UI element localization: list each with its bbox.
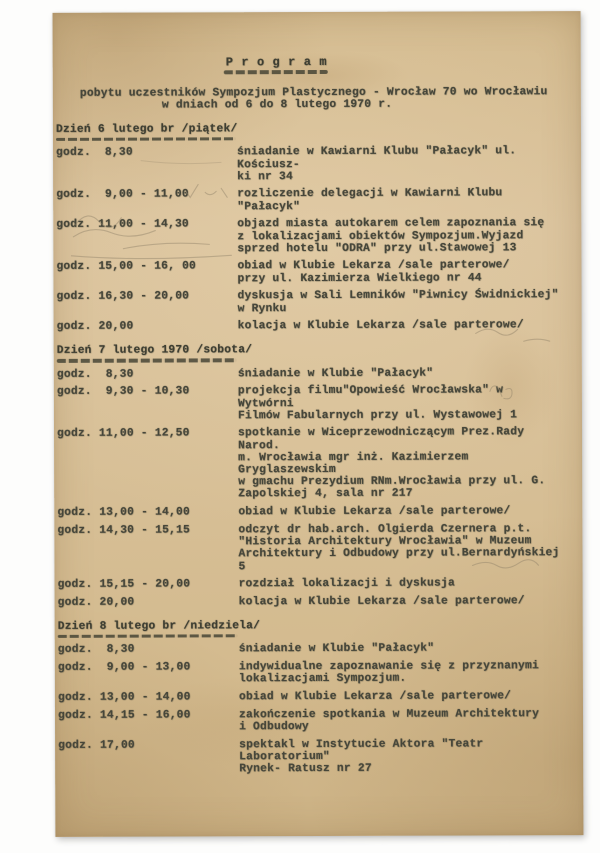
row-time: godz. 8,30 — [57, 368, 238, 381]
row-description: śniadanie w Klubie "Pałacyk" — [239, 642, 566, 655]
row-description: spotkanie w Wiceprzewodniczącym Prez.Rad… — [238, 427, 565, 501]
schedule-row: godz. 9,00 - 11,00 rozliczenie delegacji… — [56, 188, 564, 214]
schedule-row: godz. 14,15 - 16,00 zakończenie spotkani… — [58, 708, 566, 734]
schedule-row: godz. 8,30 śniadanie w Kawiarni Klubu "P… — [56, 145, 564, 183]
schedule-row: godz. 16,30 - 20,00 dyskusja w Sali Lemn… — [57, 289, 565, 315]
row-time: godz. 8,30 — [58, 644, 239, 657]
row-description: kolacja w Klubie Lekarza /sale parterowe… — [239, 595, 566, 608]
row-description: kolacja w Klubie Lekarza /sale parterowe… — [238, 319, 565, 332]
page-title: P r o g r a m — [226, 55, 564, 68]
schedule-row: godz. 13,00 - 14,00 obiad w Klubie Lekar… — [57, 505, 565, 519]
subtitle-line-1: pobytu uczestników Sympozjum Plastyczneg… — [80, 86, 564, 100]
row-description: obiad w Klubie Lekarza /sale parterowe/ — [238, 505, 565, 518]
section-heading: Dzień 6 lutego br /piątek/ — [56, 122, 564, 136]
section-heading: Dzień 7 lutego 1970 /sobota/ — [57, 344, 565, 358]
row-description: zakończenie spotkania w Muzeum Architekt… — [239, 708, 566, 734]
row-time: godz. 17,00 — [58, 739, 239, 776]
row-description: dyskusja w Sali Lemników "Piwnicy Świdni… — [238, 289, 565, 315]
document-page: P r o g r a m pobytu uczestników Sympozj… — [53, 11, 584, 837]
row-description: spektakl w Instytucie Aktora "Teatr Labo… — [239, 738, 566, 776]
row-time: godz. 8,30 — [56, 147, 237, 184]
row-description: indywidualne zapoznawanie się z przyznan… — [239, 660, 566, 686]
row-description: śniadanie w Klubie "Pałacyk" — [238, 367, 565, 380]
row-description: odczyt dr hab.arch. Olgierda Czernera p.… — [238, 523, 565, 573]
row-time: godz. 9,00 - 13,00 — [58, 661, 239, 686]
subtitle-line-2: w dniach od 6 do 8 lutego 1970 r. — [162, 98, 564, 112]
row-time: godz. 13,00 - 14,00 — [58, 691, 239, 704]
schedule-row: godz. 9,30 - 10,30 projekcja filmu"Opowi… — [57, 384, 565, 422]
row-time: godz. 9,30 - 10,30 — [57, 386, 238, 423]
schedule-row: godz. 15,00 - 16, 00 obiad w Klubie Leka… — [56, 260, 564, 286]
schedule-row: godz. 20,00 kolacja w Klubie Lekarza /sa… — [58, 595, 566, 609]
row-time: godz. 14,30 - 15,15 — [57, 524, 238, 573]
row-time: godz. 15,00 - 16, 00 — [56, 261, 237, 286]
heading-underline — [56, 137, 236, 141]
title-underline — [224, 70, 328, 74]
schedule-row: godz. 17,00 spektakl w Instytucie Aktora… — [58, 738, 566, 776]
typewritten-content: P r o g r a m pobytu uczestników Sympozj… — [56, 55, 567, 781]
heading-underline — [58, 634, 238, 638]
row-time: godz. 15,15 - 20,00 — [58, 578, 239, 591]
row-time: godz. 9,00 - 11,00 — [56, 189, 237, 214]
schedule-row: godz. 11,00 - 12,50 spotkanie w Wiceprze… — [57, 427, 565, 502]
section-friday: Dzień 6 lutego br /piątek/ godz. 8,30 śn… — [56, 122, 565, 333]
row-description: śniadanie w Kawiarni Klubu "Pałacyk" ul.… — [237, 145, 564, 183]
schedule-row: godz. 9,00 - 13,00 indywidualne zapoznaw… — [58, 660, 566, 686]
schedule-row: godz. 14,30 - 15,15 odczyt dr hab.arch. … — [57, 523, 565, 574]
row-time: godz. 13,00 - 14,00 — [57, 506, 238, 519]
section-sunday: Dzień 8 lutego br /niedziela/ godz. 8,30… — [58, 619, 567, 776]
section-saturday: Dzień 7 lutego 1970 /sobota/ godz. 8,30 … — [57, 344, 566, 609]
row-time: godz. 11,00 - 12,50 — [57, 428, 238, 502]
row-description: rozdział lokalizacji i dyskusja — [239, 577, 566, 590]
heading-underline — [57, 358, 237, 362]
row-description: rozliczenie delegacji w Kawiarni Klubu "… — [237, 188, 564, 214]
row-description: projekcja filmu"Opowieść Wrocławska" w W… — [238, 384, 565, 422]
row-description: obiad w Klubie Lekarza /sale parterowe/ — [239, 690, 566, 703]
row-time: godz. 20,00 — [57, 321, 238, 334]
schedule-row: godz. 11,00 - 14,30 objazd miasta autoka… — [56, 217, 564, 255]
row-time: godz. 14,15 - 16,00 — [58, 709, 239, 734]
schedule-row: godz. 8,30 śniadanie w Klubie "Pałacyk" — [58, 642, 566, 656]
section-heading: Dzień 8 lutego br /niedziela/ — [58, 619, 566, 633]
schedule-row: godz. 20,00 kolacja w Klubie Lekarza /sa… — [57, 319, 565, 333]
row-time: godz. 11,00 - 14,30 — [56, 219, 237, 256]
schedule-row: godz. 13,00 - 14,00 obiad w Klubie Lekar… — [58, 690, 566, 704]
row-description: obiad w Klubie Lekarza /sale parterowe/ … — [237, 260, 564, 286]
schedule-row: godz. 15,15 - 20,00 rozdział lokalizacji… — [58, 577, 566, 591]
schedule-row: godz. 8,30 śniadanie w Klubie "Pałacyk" — [57, 367, 565, 381]
row-time: godz. 20,00 — [58, 596, 239, 609]
row-description: objazd miasta autokarem celem zapoznania… — [237, 217, 564, 255]
row-time: godz. 16,30 - 20,00 — [57, 291, 238, 316]
